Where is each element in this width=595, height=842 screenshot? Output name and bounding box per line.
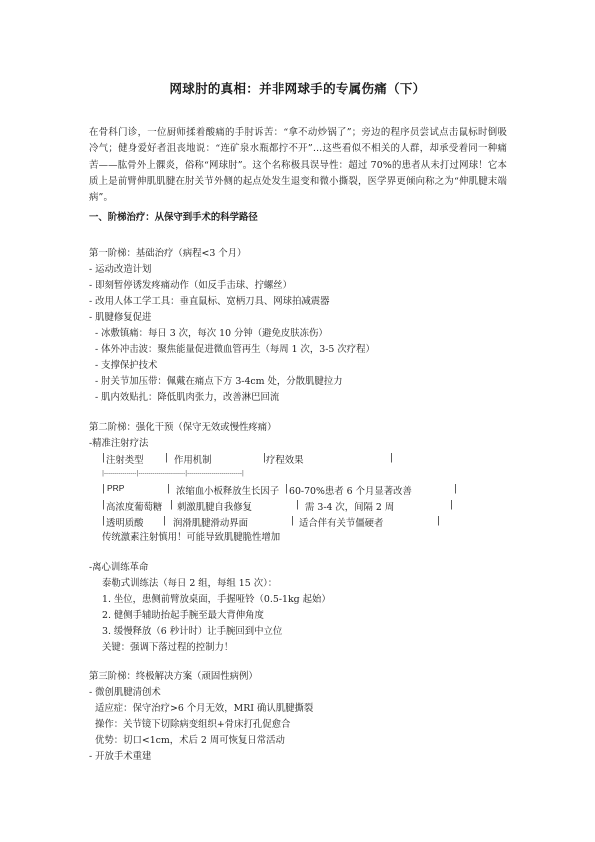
list-item: 1. 坐位，患侧前臂放桌面，手握哑铃（0.5-1kg 起始）: [102, 593, 331, 606]
list-item: - 肌腱修复促进: [89, 311, 151, 324]
document-title: 网球肘的真相：并非网球手的专属伤痛（下）: [0, 79, 595, 97]
list-item: - 微创肌腱清创术: [89, 686, 161, 699]
list-item: - 支撑保护技术: [89, 359, 157, 372]
section-heading: 一、阶梯治疗：从保守到手术的科学路径: [89, 211, 258, 224]
table-cell: 透明质酸: [106, 515, 144, 529]
list-item: 泰勒式训练法（每日 2 组，每组 15 次）：: [102, 577, 277, 590]
list-item: 操作：关节镜下切除病变组织+骨床打孔促愈合: [89, 718, 290, 731]
list-item: - 改用人体工学工具：垂直鼠标、宽柄刀具、网球拍减震器: [89, 295, 330, 308]
warning-note: 传统激素注射慎用！可能导致肌腱脆性增加: [102, 531, 280, 544]
list-item: - 肘关节加压带：佩戴在痛点下方 3-4cm 处，分散肌腱拉力: [89, 375, 343, 388]
stage3-title: 第三阶梯：终极解决方案（顽固性病例）: [89, 670, 258, 683]
list-item: - 肌内效贴扎：降低肌肉张力，改善淋巴回流: [89, 391, 279, 404]
table-cell: 刺激肌腱自我修复: [177, 499, 252, 513]
table-cell: 浓缩血小板释放生长因子: [176, 483, 279, 497]
table-cell: 高浓度葡萄糖: [106, 499, 162, 513]
injection-heading: -精准注射疗法: [89, 437, 148, 450]
list-item: 优势：切口<1cm，术后 2 周可恢复日常活动: [89, 734, 285, 747]
table-separator: |----------------|----------------------…: [102, 467, 244, 480]
stage1-title: 第一阶梯：基础治疗（病程<3 个月）: [89, 247, 246, 260]
list-item: 3. 缓慢释放（6 秒计时）让手腕回到中立位: [102, 625, 282, 638]
table-cell: 润滑肌腱滑动界面: [173, 515, 248, 529]
list-item: 适应症：保守治疗>6 个月无效，MRI 确认肌腱撕裂: [89, 702, 313, 715]
table-cell: 适合伴有关节僵硬者: [299, 515, 383, 529]
table-cell: PRP: [107, 483, 124, 493]
table-header: 注射类型: [106, 452, 144, 466]
eccentric-heading: -离心训练革命: [89, 561, 148, 574]
list-item: - 开放手术重建: [89, 750, 151, 763]
table-header: 作用机制: [174, 452, 212, 466]
table-cell: 需 3-4 次，间隔 2 周: [305, 499, 394, 513]
list-item: - 即刻暂停诱发疼痛动作（如反手击球、拧螺丝）: [89, 279, 292, 292]
list-item: - 体外冲击波：聚焦能量促进微血管再生（每周 1 次，3-5 次疗程）: [89, 343, 375, 356]
document-page: 网球肘的真相：并非网球手的专属伤痛（下） 在骨科门诊，一位厨师揉着酸痛的手肘诉苦…: [0, 0, 595, 842]
key-note: 关键：强调下落过程的控制力！: [102, 641, 233, 654]
table-cell: 60-70%患者 6 个月显著改善: [289, 483, 412, 497]
table-header: 疗程效果: [266, 452, 304, 466]
list-item: - 运动改造计划: [89, 263, 151, 276]
list-item: - 冰敷镇痛：每日 3 次，每次 10 分钟（避免皮肤冻伤）: [89, 327, 328, 340]
list-item: 2. 健侧手辅助抬起手腕至最大背伸角度: [102, 609, 264, 622]
intro-paragraph: 在骨科门诊，一位厨师揉着酸痛的手肘诉苦：“拿不动炒锅了”；旁边的程序员尝试点击鼠…: [89, 125, 507, 206]
stage2-title: 第二阶梯：强化干预（保守无效或慢性疼痛）: [89, 421, 277, 434]
